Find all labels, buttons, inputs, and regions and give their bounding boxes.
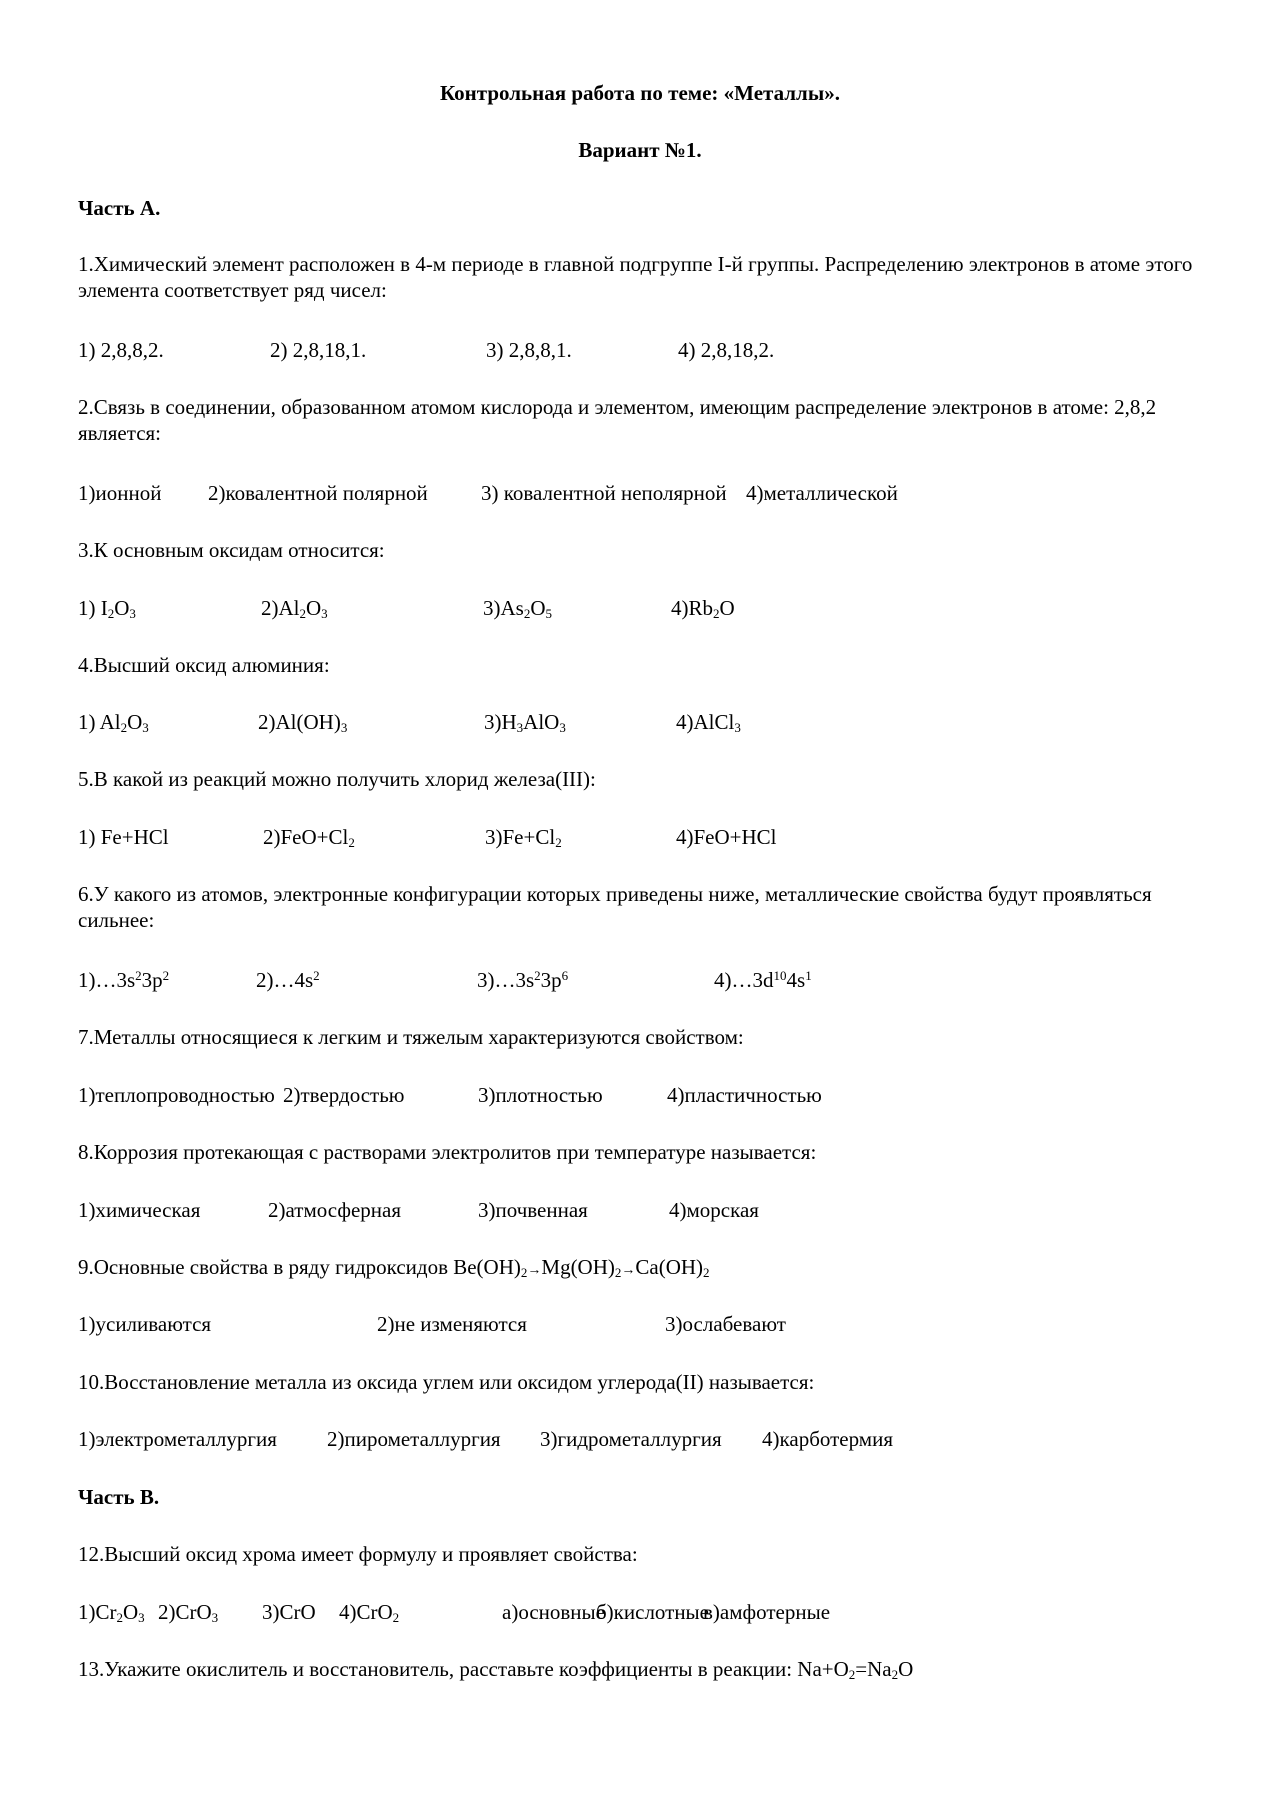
question-9-option-1: 1)усиливаются (78, 1311, 211, 1337)
question-5-option-3: 3)Fe+Cl2 (485, 824, 562, 850)
question-4: 4.Высший оксид алюминия: (78, 652, 330, 678)
question-2-option-1: 1)ионной (78, 480, 161, 506)
question-7-option-3: 3)плотностью (478, 1082, 603, 1108)
question-1-option-3: 3) 2,8,8,1. (486, 337, 572, 363)
question-9-option-3: 3)ослабевают (665, 1311, 786, 1337)
question-6-option-4: 4)…3d104s1 (714, 967, 812, 993)
question-9: 9.Основные свойства в ряду гидроксидов B… (78, 1254, 710, 1284)
question-1-option-2: 2) 2,8,18,1. (270, 337, 366, 363)
question-1: 1.Химический элемент расположен в 4-м пе… (78, 251, 1208, 303)
question-2-option-2: 2)ковалентной полярной (208, 480, 428, 506)
question-12-option-2: 2)CrO3 (158, 1599, 218, 1625)
question-13: 13.Укажите окислитель и восстановитель, … (78, 1656, 913, 1682)
question-3-option-2: 2)Al2O3 (261, 595, 328, 621)
question-3: 3.К основным оксидам относится: (78, 537, 385, 563)
question-10-option-1: 1)электрометаллургия (78, 1426, 277, 1452)
question-10-option-4: 4)карботермия (762, 1426, 893, 1452)
question-6-option-2: 2)…4s2 (256, 967, 320, 993)
question-10: 10.Восстановление металла из оксида угле… (78, 1369, 814, 1395)
question-1-option-1: 1) 2,8,8,2. (78, 337, 164, 363)
question-6: 6.У какого из атомов, электронные конфиг… (78, 881, 1208, 933)
question-3-option-4: 4)Rb2O (671, 595, 735, 621)
question-6-option-1: 1)…3s23p2 (78, 967, 169, 993)
question-4-option-4: 4)AlCl3 (676, 709, 741, 735)
question-2: 2.Связь в соединении, образованном атомо… (78, 394, 1208, 446)
question-7-option-4: 4)пластичностью (667, 1082, 822, 1108)
question-5-option-2: 2)FeO+Cl2 (263, 824, 355, 850)
question-8-option-2: 2)атмосферная (268, 1197, 401, 1223)
question-9-option-2: 2)не изменяются (377, 1311, 527, 1337)
question-5-option-1: 1) Fe+HCl (78, 824, 169, 850)
question-12-option-1: 1)Cr2O3 (78, 1599, 145, 1625)
question-12-option-7: в)амфотерные (703, 1599, 830, 1625)
question-5-option-4: 4)FeO+HCl (676, 824, 777, 850)
part-b-heading: Часть В. (78, 1484, 159, 1510)
question-4-option-1: 1) Al2O3 (78, 709, 149, 735)
question-4-option-2: 2)Al(OH)3 (258, 709, 347, 735)
question-3-option-1: 1) I2O3 (78, 595, 136, 621)
question-7: 7.Металлы относящиеся к легким и тяжелым… (78, 1024, 744, 1050)
question-5: 5.В какой из реакций можно получить хлор… (78, 766, 596, 792)
question-10-option-3: 3)гидрометаллургия (540, 1426, 722, 1452)
question-12-option-6: б)кислотные (596, 1599, 709, 1625)
document-title: Контрольная работа по теме: «Металлы». (0, 80, 1280, 106)
question-6-option-3: 3)…3s23p6 (477, 967, 568, 993)
variant-heading: Вариант №1. (0, 137, 1280, 163)
question-2-option-3: 3) ковалентной неполярной (481, 480, 727, 506)
question-8-option-4: 4)морская (669, 1197, 759, 1223)
question-12-option-5: а)основные (502, 1599, 605, 1625)
question-7-option-2: 2)твердостью (283, 1082, 404, 1108)
question-12-option-4: 4)CrO2 (339, 1599, 399, 1625)
question-4-option-3: 3)H3AlO3 (484, 709, 566, 735)
question-2-option-4: 4)металлической (746, 480, 898, 506)
question-8-option-3: 3)почвенная (478, 1197, 588, 1223)
question-3-option-3: 3)As2O5 (483, 595, 552, 621)
question-12-option-3: 3)CrO (262, 1599, 316, 1625)
question-10-option-2: 2)пирометаллургия (327, 1426, 501, 1452)
question-8: 8.Коррозия протекающая с растворами элек… (78, 1139, 816, 1165)
question-12: 12.Высший оксид хрома имеет формулу и пр… (78, 1541, 638, 1567)
question-8-option-1: 1)химическая (78, 1197, 200, 1223)
question-7-option-1: 1)теплопроводностью (78, 1082, 275, 1108)
question-1-option-4: 4) 2,8,18,2. (678, 337, 774, 363)
part-a-heading: Часть А. (78, 195, 160, 221)
